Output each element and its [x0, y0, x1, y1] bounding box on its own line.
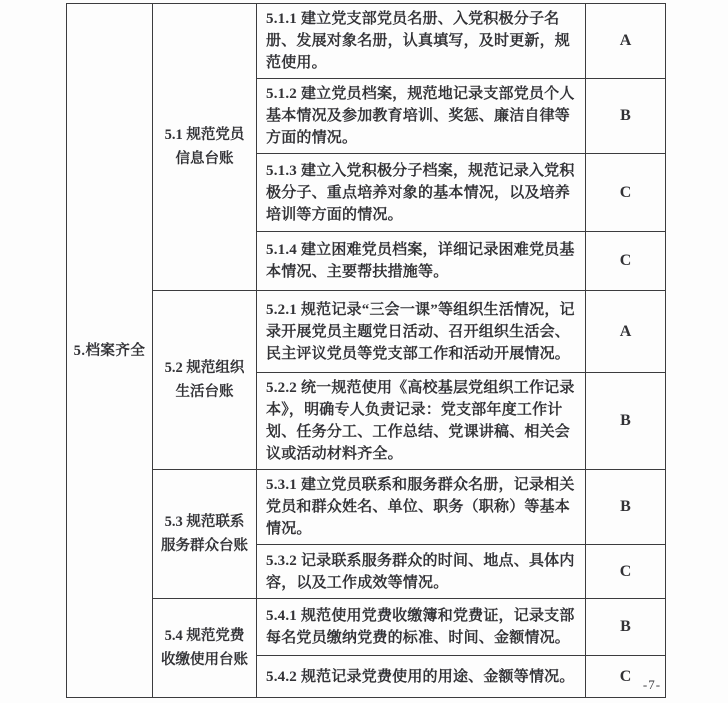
- table-row: 5.档案齐全 5.1 规范党员信息台账 5.1.1 建立党支部党员名册、入党积极…: [67, 4, 666, 79]
- category-cell: 5.档案齐全: [67, 4, 153, 698]
- scanned-page: 5.档案齐全 5.1 规范党员信息台账 5.1.1 建立党支部党员名册、入党积极…: [0, 0, 728, 703]
- criterion-cell: 5.1.2 建立党员档案，规范地记录支部党员个人基本情况及参加教育培训、奖惩、廉…: [257, 79, 586, 154]
- grade-cell: A: [586, 4, 666, 79]
- assessment-criteria-table: 5.档案齐全 5.1 规范党员信息台账 5.1.1 建立党支部党员名册、入党积极…: [66, 3, 666, 698]
- grade-cell: C: [586, 232, 666, 291]
- grade-cell: A: [586, 291, 666, 373]
- grade-cell: B: [586, 599, 666, 656]
- criterion-cell: 5.4.1 规范使用党费收缴簿和党费证，记录支部每名党员缴纳党费的标准、时间、金…: [257, 599, 586, 656]
- criterion-cell: 5.1.3 建立入党积极分子档案，规范记录入党积极分子、重点培养对象的基本情况，…: [257, 154, 586, 232]
- grade-cell: B: [586, 79, 666, 154]
- subcategory-cell-5-2: 5.2 规范组织生活台账: [153, 291, 257, 470]
- criterion-cell: 5.1.1 建立党支部党员名册、入党积极分子名册、发展对象名册，认真填写，及时更…: [257, 4, 586, 79]
- grade-cell: C: [586, 154, 666, 232]
- criterion-cell: 5.2.2 统一规范使用《高校基层党组织工作记录本》，明确专人负责记录：党支部年…: [257, 373, 586, 470]
- subcategory-cell-5-3: 5.3 规范联系服务群众台账: [153, 470, 257, 599]
- table-row: 5.4 规范党费收缴使用台账 5.4.1 规范使用党费收缴簿和党费证，记录支部每…: [67, 599, 666, 656]
- subcategory-cell-5-4: 5.4 规范党费收缴使用台账: [153, 599, 257, 698]
- grade-cell: B: [586, 373, 666, 470]
- grade-cell: B: [586, 470, 666, 545]
- grade-cell: C: [586, 545, 666, 599]
- subcategory-cell-5-1: 5.1 规范党员信息台账: [153, 4, 257, 291]
- page-number: -7-: [630, 677, 674, 693]
- criterion-cell: 5.2.1 规范记录“三会一课”等组织生活情况，记录开展党员主题党日活动、召开组…: [257, 291, 586, 373]
- table-row: 5.3 规范联系服务群众台账 5.3.1 建立党员联系和服务群众名册，记录相关党…: [67, 470, 666, 545]
- criterion-cell: 5.3.1 建立党员联系和服务群众名册，记录相关党员和群众姓名、单位、职务（职称…: [257, 470, 586, 545]
- criterion-cell: 5.4.2 规范记录党费使用的用途、金额等情况。: [257, 656, 586, 698]
- criterion-cell: 5.1.4 建立困难党员档案，详细记录困难党员基本情况、主要帮扶措施等。: [257, 232, 586, 291]
- table-row: 5.2 规范组织生活台账 5.2.1 规范记录“三会一课”等组织生活情况，记录开…: [67, 291, 666, 373]
- document-page: { "page": { "page_number": "-7-" }, "col…: [0, 0, 728, 703]
- criterion-cell: 5.3.2 记录联系服务群众的时间、地点、具体内容，以及工作成效等情况。: [257, 545, 586, 599]
